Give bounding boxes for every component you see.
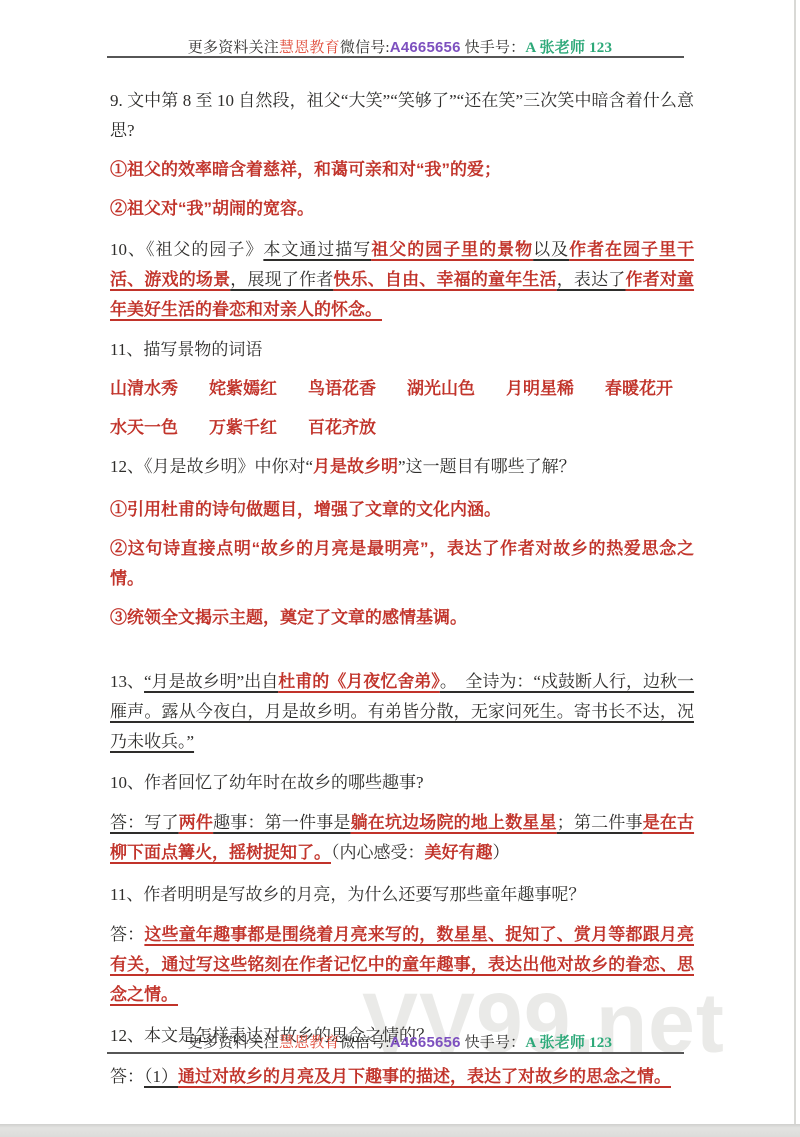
text-segment: ①祖父的效率暗含着慈祥，和蔼可亲和对“我”的爱； [110,160,501,179]
text-segment: 快乐、自由、幸福的童年生活 [333,270,556,289]
text-segment: 微信号: [340,1035,390,1051]
question-11b: 11、作者明明是写故乡的月亮，为什么还要写那些童年趣事呢？ [110,880,694,910]
text-segment: 百花齐放 [308,418,376,437]
answer-10b: 答：写了两件趣事：第一件事是躺在坑边场院的地上数星星；第二件事是在古柳下面点篝火… [110,808,694,868]
text-segment: A 张老师 123 [525,1035,612,1051]
text-segment: 美好有趣 [425,843,493,862]
text-segment: 13、 [110,672,144,691]
text-segment: 答： [110,925,144,944]
text-segment: 12、《月是故乡明》中你对“ [110,457,313,476]
question-10-summary: 10、《祖父的园子》本文通过描写祖父的园子里的景物以及作者在园子里干活、游戏的场… [110,235,694,325]
text-segment: 趣事：第一件事是 [213,813,350,832]
text-segment: ③统领全文揭示主题，奠定了文章的感情基调。 [110,608,467,627]
text-segment: ”这一题目有哪些了解？ [398,457,576,476]
text-segment: 躺在坑边场院的地上数星星 [351,813,557,832]
text-segment: A 张老师 123 [525,40,612,56]
text-segment: 水天一色 [110,418,178,437]
answer-11b: 答：这些童年趣事都是围绕着月亮来写的，数星星、捉知了、赏月等都跟月亮有关，通过写… [110,920,694,1010]
question-11-label: 11、描写景物的词语 [110,335,694,365]
page-bottom-edge [0,1124,800,1137]
text-segment: ，展现了作者 [230,270,333,289]
question-13: 13、“月是故乡明”出自杜甫的《月夜忆舍弟》。 全诗为：“戍鼓断人行，边秋一雁声… [110,667,694,757]
question-12: 12、《月是故乡明》中你对“月是故乡明”这一题目有哪些了解？ [110,452,694,482]
text-segment: 答：写了 [110,813,179,832]
word-list-row-1: 山清水秀姹紫嫣红鸟语花香湖光山色月明星稀春暖花开 [110,374,694,404]
text-segment: 答： [110,1067,144,1086]
text-segment: （1） [144,1067,178,1086]
text-segment: 祖父的园子里的景物 [371,240,533,259]
text-segment: 快手号： [461,40,526,56]
text-segment: 慧恩教育 [279,40,340,56]
text-segment: 春暖花开 [605,379,673,398]
text-segment: 10、作者回忆了幼年时在故乡的哪些趣事? [110,773,424,792]
word-list-row-2: 水天一色万紫千红百花齐放 [110,413,694,443]
question-10b: 10、作者回忆了幼年时在故乡的哪些趣事? [110,768,694,798]
page-right-edge [794,0,796,1137]
text-segment: “月是故乡明”出自 [144,672,278,691]
text-segment: 慧恩教育 [279,1035,340,1051]
text-segment: ；第二件事 [557,813,643,832]
text-segment: 11、描写景物的词语 [110,340,262,359]
text-segment: 山清水秀 [110,379,178,398]
text-segment: 本文通过描写 [263,240,371,259]
answer-12-1: ①引用杜甫的诗句做题目，增强了文章的文化内涵。 [110,495,694,525]
header-divider [107,56,684,58]
text-segment: 两件 [179,813,213,832]
text-segment: 更多资料关注 [188,40,279,56]
text-segment: 11、作者明明是写故乡的月亮，为什么还要写那些童年趣事呢？ [110,885,585,904]
text-segment: 湖光山色 [407,379,475,398]
text-segment: ②祖父对“我”胡闹的宽容。 [110,199,314,218]
text-segment: 鸟语花香 [308,379,376,398]
footer-divider [107,1052,684,1054]
answer-9-2: ②祖父对“我”胡闹的宽容。 [110,194,694,224]
answer-12b: 答：（1）通过对故乡的月亮及月下趣事的描述，表达了对故乡的思念之情。 [110,1062,694,1092]
text-segment: 姹紫嫣红 [209,379,277,398]
text-segment: A4665656 [390,39,461,56]
answer-12-3: ③统领全文揭示主题，奠定了文章的感情基调。 [110,603,694,633]
answer-9-1: ①祖父的效率暗含着慈祥，和蔼可亲和对“我”的爱； [110,155,694,185]
text-segment: 月是故乡明 [313,457,398,476]
text-segment: ，表达了 [557,270,626,289]
text-segment: A4665656 [390,1034,461,1051]
text-segment: 微信号: [340,40,390,56]
text-segment: 9. 文中第 8 至 10 自然段，祖父“大笑”“笑够了”“还在笑”三次笑中暗含… [110,91,694,140]
text-segment: 以及 [533,240,569,259]
text-segment: ①引用杜甫的诗句做题目，增强了文章的文化内涵。 [110,500,501,519]
footer-promo-line: 更多资料关注慧恩教育微信号:A4665656 快手号：A 张老师 123 [0,1031,800,1052]
question-9: 9. 文中第 8 至 10 自然段，祖父“大笑”“笑够了”“还在笑”三次笑中暗含… [110,86,694,146]
text-segment: （内心感受： [331,843,425,862]
answer-12-2: ②这句诗直接点明“故乡的月亮是最明亮”，表达了作者对故乡的热爱思念之情。 [110,534,694,594]
text-segment: 这些童年趣事都是围绕着月亮来写的，数星星、捉知了、赏月等都跟月亮有关，通过写这些… [110,925,694,1004]
text-segment: 更多资料关注 [188,1035,279,1051]
document-body: 9. 文中第 8 至 10 自然段，祖父“大笑”“笑够了”“还在笑”三次笑中暗含… [110,86,694,1092]
text-segment: 杜甫的《月夜忆舍弟》 [278,672,440,691]
header-promo-line: 更多资料关注慧恩教育微信号:A4665656 快手号：A 张老师 123 [0,36,800,57]
text-segment: 月明星稀 [506,379,574,398]
text-segment: 快手号： [461,1035,526,1051]
text-segment: 通过对故乡的月亮及月下趣事的描述，表达了对故乡的思念之情。 [178,1067,671,1086]
text-segment: ②这句诗直接点明“故乡的月亮是最明亮”，表达了作者对故乡的热爱思念之情。 [110,539,694,588]
text-segment: 10、《祖父的园子》 [110,240,263,259]
text-segment: 万紫千红 [209,418,277,437]
text-segment: ） [493,843,510,862]
document-page: VV99.net 更多资料关注慧恩教育微信号:A4665656 快手号：A 张老… [0,0,800,1137]
